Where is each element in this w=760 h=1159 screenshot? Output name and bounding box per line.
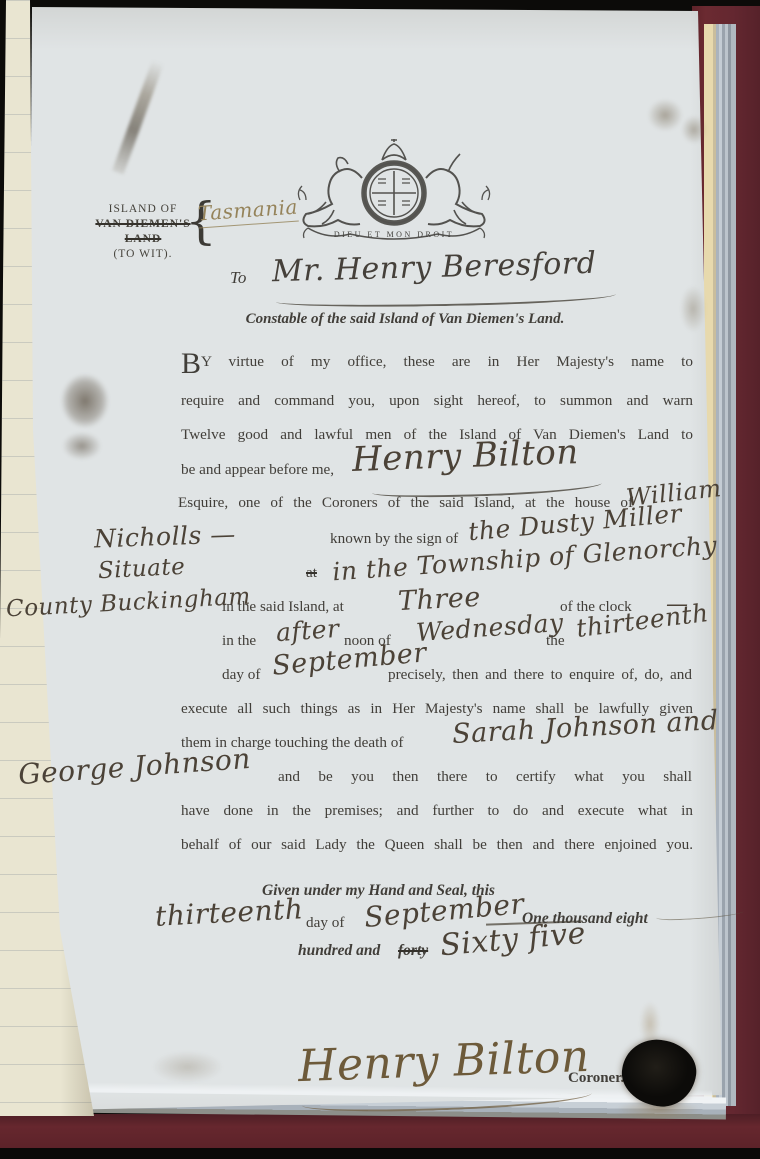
coroner-name-handwritten: Henry Bilton bbox=[351, 432, 579, 480]
hour-handwritten: Three bbox=[397, 582, 481, 617]
year-struck: forty bbox=[398, 942, 428, 960]
period-handwritten: after bbox=[275, 614, 340, 647]
royal-motto: DIEU ET MON DROIT bbox=[334, 230, 454, 239]
constable-title-line: Constable of the said Island of Van Diem… bbox=[180, 311, 630, 328]
body-line-8a: in the said Island, at bbox=[222, 598, 344, 616]
coroner-title: Coroner. bbox=[568, 1070, 624, 1087]
body-line-9c: the bbox=[546, 632, 565, 650]
body-line-2: require and command you, upon sight here… bbox=[181, 392, 693, 410]
struck-word-at: at bbox=[306, 564, 317, 582]
body-line-15: behalf of our said Lady the Queen shall … bbox=[181, 836, 693, 854]
royal-coat-of-arms-icon: DIEU ET MON DROIT bbox=[286, 138, 502, 248]
ink-blot-stain bbox=[54, 366, 116, 466]
body-line-10b: precisely, then and there to enquire of,… bbox=[388, 666, 692, 684]
attestation-day-of: day of bbox=[306, 914, 344, 932]
dropcap-b: B bbox=[181, 347, 201, 380]
to-label: To bbox=[230, 268, 246, 288]
smudge-stain-bottom-left bbox=[140, 1046, 235, 1088]
body-line-1-text: Y virtue of my office, these are in Her … bbox=[201, 353, 693, 370]
body-line-14: have done in the premises; and further t… bbox=[181, 802, 693, 820]
margin-surname-handwritten: Nicholls — bbox=[94, 520, 237, 554]
coroner-signature-handwritten: Henry Bilton bbox=[297, 1031, 590, 1092]
smudge-stain-right bbox=[676, 278, 710, 340]
photo-border-bottom bbox=[0, 1148, 760, 1159]
body-line-1: BY virtue of my office, these are in Her… bbox=[181, 353, 693, 371]
smudge-stain-top-right bbox=[640, 92, 712, 150]
body-line-10a: day of bbox=[222, 666, 260, 684]
body-line-9a: in the bbox=[222, 632, 256, 650]
photographed-register-page: DIEU ET MON DROIT ISLAND OF VAN DIEMEN'S… bbox=[0, 0, 760, 1159]
year-print-b: hundred and bbox=[298, 942, 380, 960]
body-line-4: be and appear before me, bbox=[181, 461, 334, 479]
body-line-6: known by the sign of bbox=[330, 530, 458, 548]
body-line-13: and be you then there to certify what yo… bbox=[278, 768, 692, 786]
margin-situate-handwritten: Situate bbox=[97, 554, 185, 585]
